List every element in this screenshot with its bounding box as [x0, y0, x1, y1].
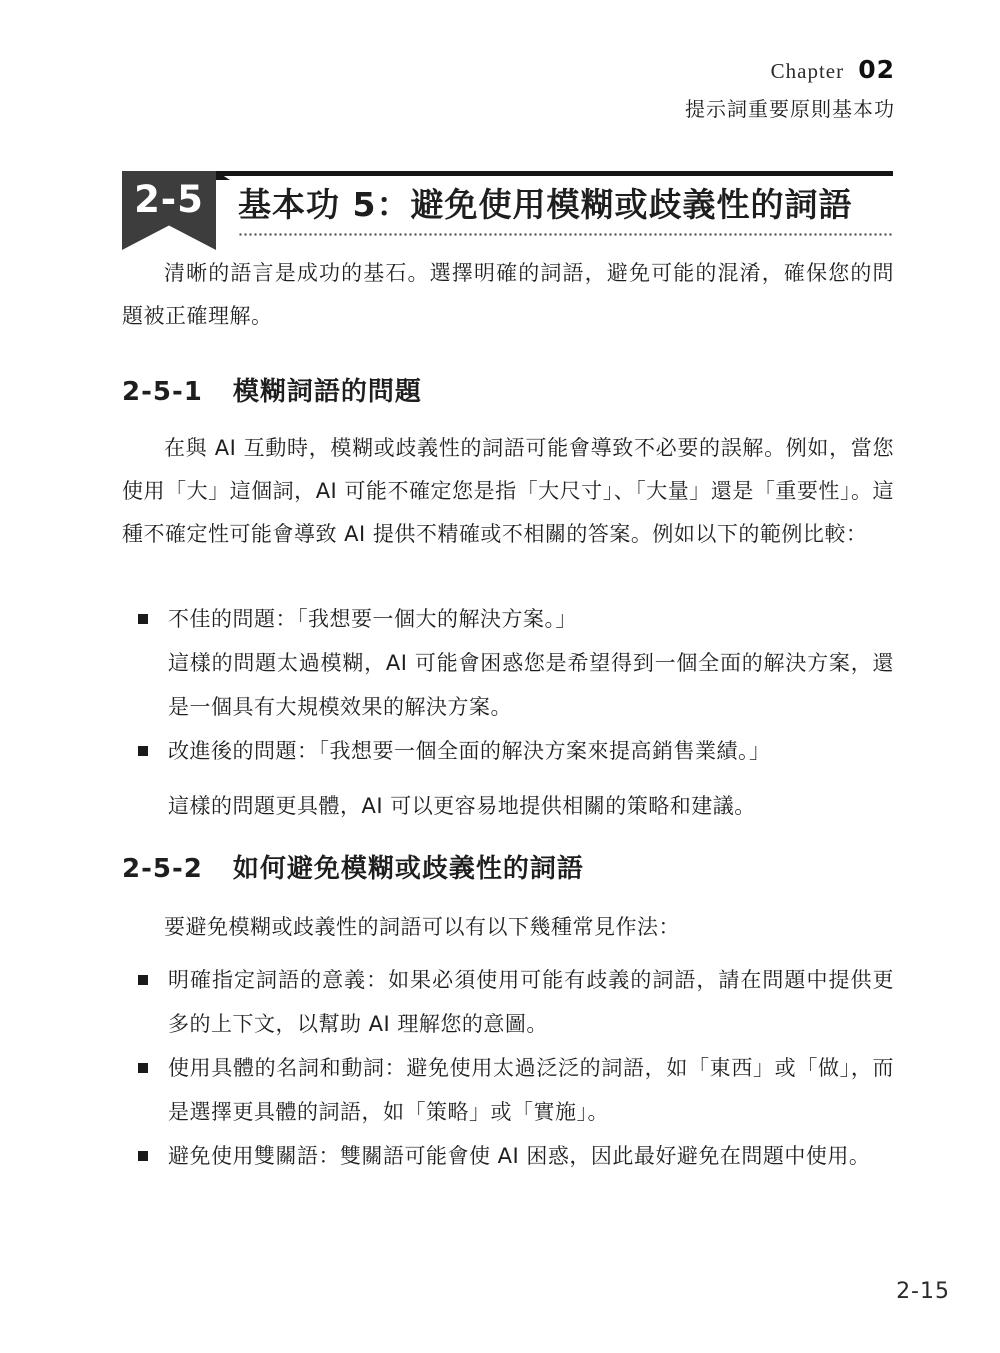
bullet-square-icon [138, 746, 148, 756]
chapter-line: Chapter 02 [685, 55, 895, 84]
subsection-2-paragraph: 要避免模糊或歧義性的詞語可以有以下幾種常見作法： [122, 906, 894, 949]
bullet-square-icon [138, 1151, 148, 1161]
section-banner: 2-5 基本功 5：避免使用模糊或歧義性的詞語 [122, 171, 893, 250]
chapter-label: Chapter [771, 59, 844, 83]
list-item: 不佳的問題：「我想要一個大的解決方案。」 這樣的問題太過模糊，AI 可能會困惑您… [122, 597, 894, 729]
bullet-square-icon [138, 975, 148, 985]
page-number: 2-15 [896, 1279, 950, 1304]
bullet-list-examples: 不佳的問題：「我想要一個大的解決方案。」 這樣的問題太過模糊，AI 可能會困惑您… [122, 597, 894, 828]
list-item: 明確指定詞語的意義：如果必須使用可能有歧義的詞語，請在問題中提供更多的上下文，以… [122, 958, 894, 1046]
intro-block: 清晰的語言是成功的基石。選擇明確的詞語，避免可能的混淆，確保您的問題被正確理解。 [122, 252, 894, 338]
bullet-lead: 改進後的問題：「我想要一個全面的解決方案來提高銷售業績。」 [168, 729, 894, 773]
subsection-1-number: 2-5-1 [122, 377, 203, 407]
bullet-text: 使用具體的名詞和動詞：避免使用太過泛泛的詞語，如「東西」或「做」，而是選擇更具體… [168, 1046, 894, 1134]
chapter-title: 提示詞重要原則基本功 [685, 93, 895, 122]
bullet-square-icon [138, 614, 148, 624]
bullet-detail: 這樣的問題太過模糊，AI 可能會困惑您是希望得到一個全面的解決方案，還是一個具有… [168, 641, 894, 729]
section-title-area: 基本功 5：避免使用模糊或歧義性的詞語 [216, 171, 893, 236]
subsection-1-paragraph: 在與 AI 互動時，模糊或歧義性的詞語可能會導致不必要的誤解。例如，當您使用「大… [122, 427, 894, 556]
bullet-detail: 這樣的問題更具體，AI 可以更容易地提供相關的策略和建議。 [168, 784, 894, 828]
subsection-1-heading: 2-5-1模糊詞語的問題 [122, 371, 894, 408]
chapter-number: 02 [858, 55, 895, 84]
section-title: 基本功 5：避免使用模糊或歧義性的詞語 [238, 183, 893, 227]
subsection-2-number: 2-5-2 [122, 854, 203, 884]
bullet-lead: 不佳的問題：「我想要一個大的解決方案。」 [168, 597, 894, 641]
bullet-text: 避免使用雙關語：雙關語可能會使 AI 困惑，因此最好避免在問題中使用。 [168, 1134, 894, 1178]
subsection-1-list-block: 不佳的問題：「我想要一個大的解決方案。」 這樣的問題太過模糊，AI 可能會困惑您… [122, 597, 894, 828]
subsection-2-list-block: 明確指定詞語的意義：如果必須使用可能有歧義的詞語，請在問題中提供更多的上下文，以… [122, 958, 894, 1178]
intro-paragraph: 清晰的語言是成功的基石。選擇明確的詞語，避免可能的混淆，確保您的問題被正確理解。 [122, 252, 894, 338]
subsection-2-title: 如何避免模糊或歧義性的詞語 [233, 854, 584, 884]
list-item: 改進後的問題：「我想要一個全面的解決方案來提高銷售業績。」 這樣的問題更具體，A… [122, 729, 894, 828]
dotted-rule [238, 233, 893, 236]
list-item: 使用具體的名詞和動詞：避免使用太過泛泛的詞語，如「東西」或「做」，而是選擇更具體… [122, 1046, 894, 1134]
running-head: Chapter 02 提示詞重要原則基本功 [685, 55, 895, 122]
subsection-1-title: 模糊詞語的問題 [233, 377, 422, 407]
bullet-list-methods: 明確指定詞語的意義：如果必須使用可能有歧義的詞語，請在問題中提供更多的上下文，以… [122, 958, 894, 1178]
bullet-square-icon [138, 1063, 148, 1073]
subsection-2-heading: 2-5-2如何避免模糊或歧義性的詞語 [122, 848, 894, 885]
subsection-1-paragraph-block: 在與 AI 互動時，模糊或歧義性的詞語可能會導致不必要的誤解。例如，當您使用「大… [122, 427, 894, 556]
book-page: Chapter 02 提示詞重要原則基本功 2-5 基本功 5：避免使用模糊或歧… [0, 0, 1000, 1353]
subsection-2-paragraph-block: 要避免模糊或歧義性的詞語可以有以下幾種常見作法： [122, 906, 894, 949]
section-number-ribbon: 2-5 [122, 171, 216, 250]
list-item: 避免使用雙關語：雙關語可能會使 AI 困惑，因此最好避免在問題中使用。 [122, 1134, 894, 1178]
bullet-text: 明確指定詞語的意義：如果必須使用可能有歧義的詞語，請在問題中提供更多的上下文，以… [168, 958, 894, 1046]
